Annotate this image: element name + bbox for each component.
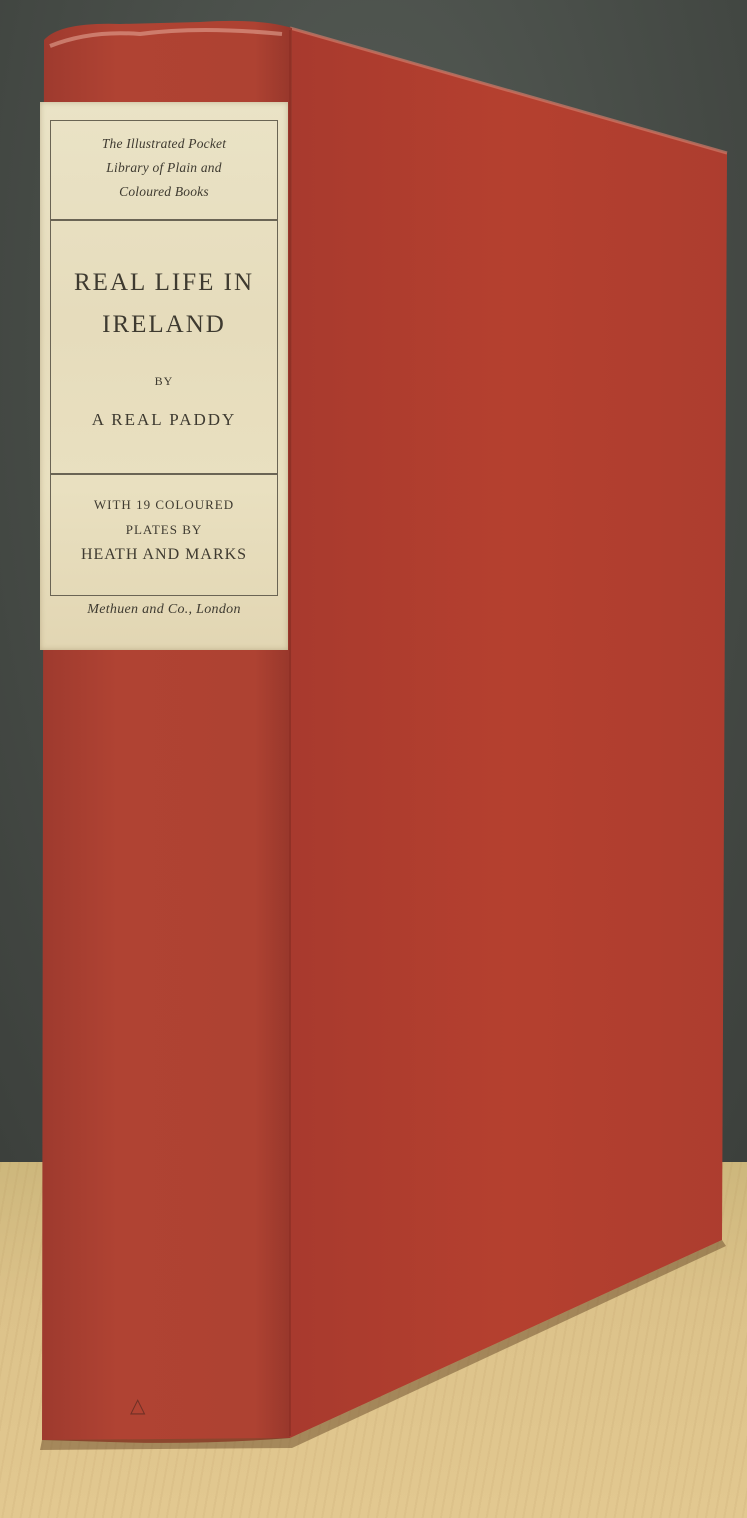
series-line-2: Library of Plain and bbox=[54, 156, 274, 180]
title-line-2: IRELAND bbox=[50, 304, 278, 346]
by-text: BY bbox=[50, 374, 278, 389]
spine-label: The Illustrated Pocket Library of Plain … bbox=[40, 102, 288, 650]
plates-line-2: PLATES BY bbox=[54, 517, 274, 542]
series-name: The Illustrated Pocket Library of Plain … bbox=[54, 132, 274, 204]
publisher-name: Methuen and Co., London bbox=[46, 602, 282, 618]
series-line-1: The Illustrated Pocket bbox=[54, 132, 274, 156]
front-cover bbox=[290, 28, 727, 1438]
plates-line-1: WITH 19 COLOURED bbox=[54, 492, 274, 517]
plates-info: WITH 19 COLOURED PLATES BY HEATH AND MAR… bbox=[54, 492, 274, 567]
publisher-mark-icon: △ bbox=[130, 1393, 145, 1418]
book-title: REAL LIFE IN IRELAND bbox=[50, 262, 278, 346]
series-line-3: Coloured Books bbox=[54, 180, 274, 204]
plates-line-3: HEATH AND MARKS bbox=[54, 542, 274, 567]
title-line-1: REAL LIFE IN bbox=[50, 262, 278, 304]
title-frame bbox=[50, 220, 278, 474]
author-name: A REAL PADDY bbox=[50, 410, 278, 430]
book: The Illustrated Pocket Library of Plain … bbox=[0, 0, 747, 1518]
